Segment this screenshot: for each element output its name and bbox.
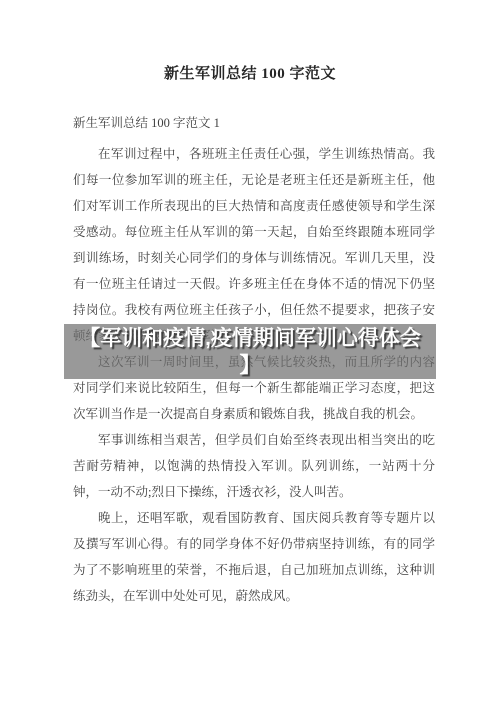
paragraph-3: 军事训练相当艰苦，但学员们自始至终表现出相当突出的吃苦耐劳精神，以饱满的热情投入… [73, 427, 435, 505]
watermark-banner: 【军训和疫情,疫情期间军训心得体会 】 [64, 324, 436, 379]
watermark-text-line2: 】 [64, 352, 436, 379]
document-page: 新生军训总结 100 字范文 新生军训总结 100 字范文 1 在军训过程中，各… [0, 0, 500, 706]
document-title: 新生军训总结 100 字范文 [0, 62, 500, 83]
watermark-text-line1: 【军训和疫情,疫情期间军训心得体会 [64, 325, 436, 352]
paragraph-4: 晚上，还唱军歌，观看国防教育、国庆阅兵教育等专题片以及撰写军训心得。有的同学身体… [73, 505, 435, 609]
paragraph-1: 在军训过程中，各班班主任责任心强，学生训练热情高。我们每一位参加军训的班主任，无… [73, 141, 435, 349]
section-heading: 新生军训总结 100 字范文 1 [73, 110, 435, 136]
